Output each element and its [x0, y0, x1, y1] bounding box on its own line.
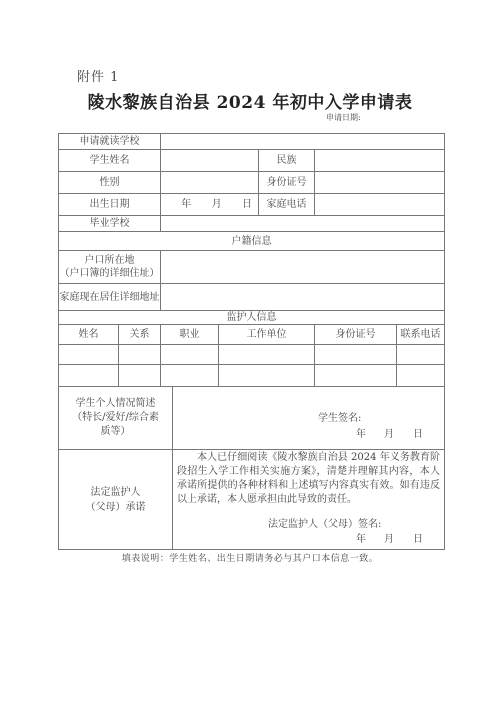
ethnicity-field[interactable] [315, 150, 445, 172]
school-applied-field[interactable] [161, 134, 445, 150]
guardian-promise-text: 本人已仔细阅读《陵水黎族自治县 2024 年义务教育阶段招生入学工作相关实施方案… [177, 451, 440, 507]
student-name-label: 学生姓名 [59, 150, 161, 172]
registered-address-label-line1: 户口所在地 [59, 254, 160, 267]
graduated-school-label: 毕业学校 [59, 216, 161, 232]
registered-address-field[interactable] [161, 251, 445, 284]
guardian-name-field[interactable] [59, 365, 119, 387]
birth-day-label: 日 [242, 199, 252, 210]
guardian-id-field[interactable] [315, 345, 397, 365]
guardian-phone-field[interactable] [397, 365, 445, 387]
guardian-name-field[interactable] [59, 345, 119, 365]
guardian-row [59, 345, 445, 365]
school-applied-label: 申请就读学校 [59, 134, 161, 150]
household-section-title: 户籍信息 [59, 232, 445, 251]
guardian-phone-field[interactable] [397, 345, 445, 365]
guardian-relation-field[interactable] [119, 365, 161, 387]
guardian-header-row: 姓名 关系 职业 工作单位 身份证号 联系电话 [59, 325, 445, 345]
student-sign-month: 月 [384, 428, 394, 441]
student-profile-label-line2: （特长/爱好/综合素 [59, 411, 172, 425]
guardian-col-occupation: 职业 [161, 325, 219, 345]
guardian-section-title: 监护人信息 [59, 311, 445, 325]
id-number-label: 身份证号 [259, 172, 315, 194]
guardian-col-employer: 工作单位 [219, 325, 315, 345]
application-date-label: 申请日期: [326, 112, 361, 123]
guardian-employer-field[interactable] [219, 345, 315, 365]
guardian-id-field[interactable] [315, 365, 397, 387]
home-phone-field[interactable] [315, 194, 445, 216]
guardian-promise-cell: 本人已仔细阅读《陵水黎族自治县 2024 年义务教育阶段招生入学工作相关实施方案… [173, 450, 445, 550]
guardian-col-relation: 关系 [119, 325, 161, 345]
guardian-col-id-number: 身份证号 [315, 325, 397, 345]
student-name-field[interactable] [161, 150, 259, 172]
student-profile-label: 学生个人情况简述 （特长/爱好/综合素 质等） [59, 387, 173, 450]
gender-field[interactable] [161, 172, 259, 194]
guardian-employer-field[interactable] [219, 365, 315, 387]
guardian-sign-month: 月 [384, 533, 394, 546]
guardian-col-phone: 联系电话 [397, 325, 445, 345]
guardian-sign-day: 日 [413, 533, 423, 546]
student-profile-label-line1: 学生个人情况简述 [59, 397, 172, 411]
registered-address-label-line2: （户口簿的详细住址） [59, 267, 160, 280]
student-sign-day: 日 [413, 428, 423, 441]
current-address-label: 家庭现在居住详细地址 [59, 284, 161, 311]
graduated-school-field[interactable] [161, 216, 445, 232]
ethnicity-label: 民族 [259, 150, 315, 172]
registered-address-label: 户口所在地 （户口簿的详细住址） [59, 251, 161, 284]
home-phone-label: 家庭电话 [259, 194, 315, 216]
id-number-field[interactable] [315, 172, 445, 194]
form-title: 陵水黎族自治县 2024 年初中入学申请表 [0, 88, 500, 113]
birth-date-label: 出生日期 [59, 194, 161, 216]
guardian-relation-field[interactable] [119, 345, 161, 365]
form-instructions-note: 填表说明：学生姓名、出生日期请务必与其户口本信息一致。 [0, 551, 500, 564]
student-profile-label-line3: 质等） [59, 425, 172, 439]
gender-label: 性别 [59, 172, 161, 194]
student-profile-field[interactable]: 学生签名: 年 月 日 [173, 387, 445, 450]
birth-date-field[interactable]: 年 月 日 [161, 194, 259, 216]
birth-year-label: 年 [181, 199, 191, 210]
guardian-promise-label: 法定监护人 （父母）承诺 [59, 450, 173, 550]
guardian-occupation-field[interactable] [161, 345, 219, 365]
guardian-signature-label[interactable]: 法定监护人（父母）签名: [268, 518, 381, 531]
application-form-table: 申请就读学校 学生姓名 民族 性别 身份证号 出生日期 年 月 日 家庭电话 毕… [58, 133, 445, 550]
guardian-promise-label-line1: 法定监护人 [59, 485, 172, 500]
guardian-occupation-field[interactable] [161, 365, 219, 387]
current-address-field[interactable] [161, 284, 445, 311]
attachment-label: 附件 1 [77, 66, 119, 85]
guardian-row [59, 365, 445, 387]
guardian-sign-year: 年 [356, 533, 366, 546]
birth-month-label: 月 [212, 199, 222, 210]
student-sign-year: 年 [356, 428, 366, 441]
guardian-promise-label-line2: （父母）承诺 [59, 500, 172, 515]
guardian-col-name: 姓名 [59, 325, 119, 345]
student-signature-label: 学生签名: [318, 412, 361, 425]
